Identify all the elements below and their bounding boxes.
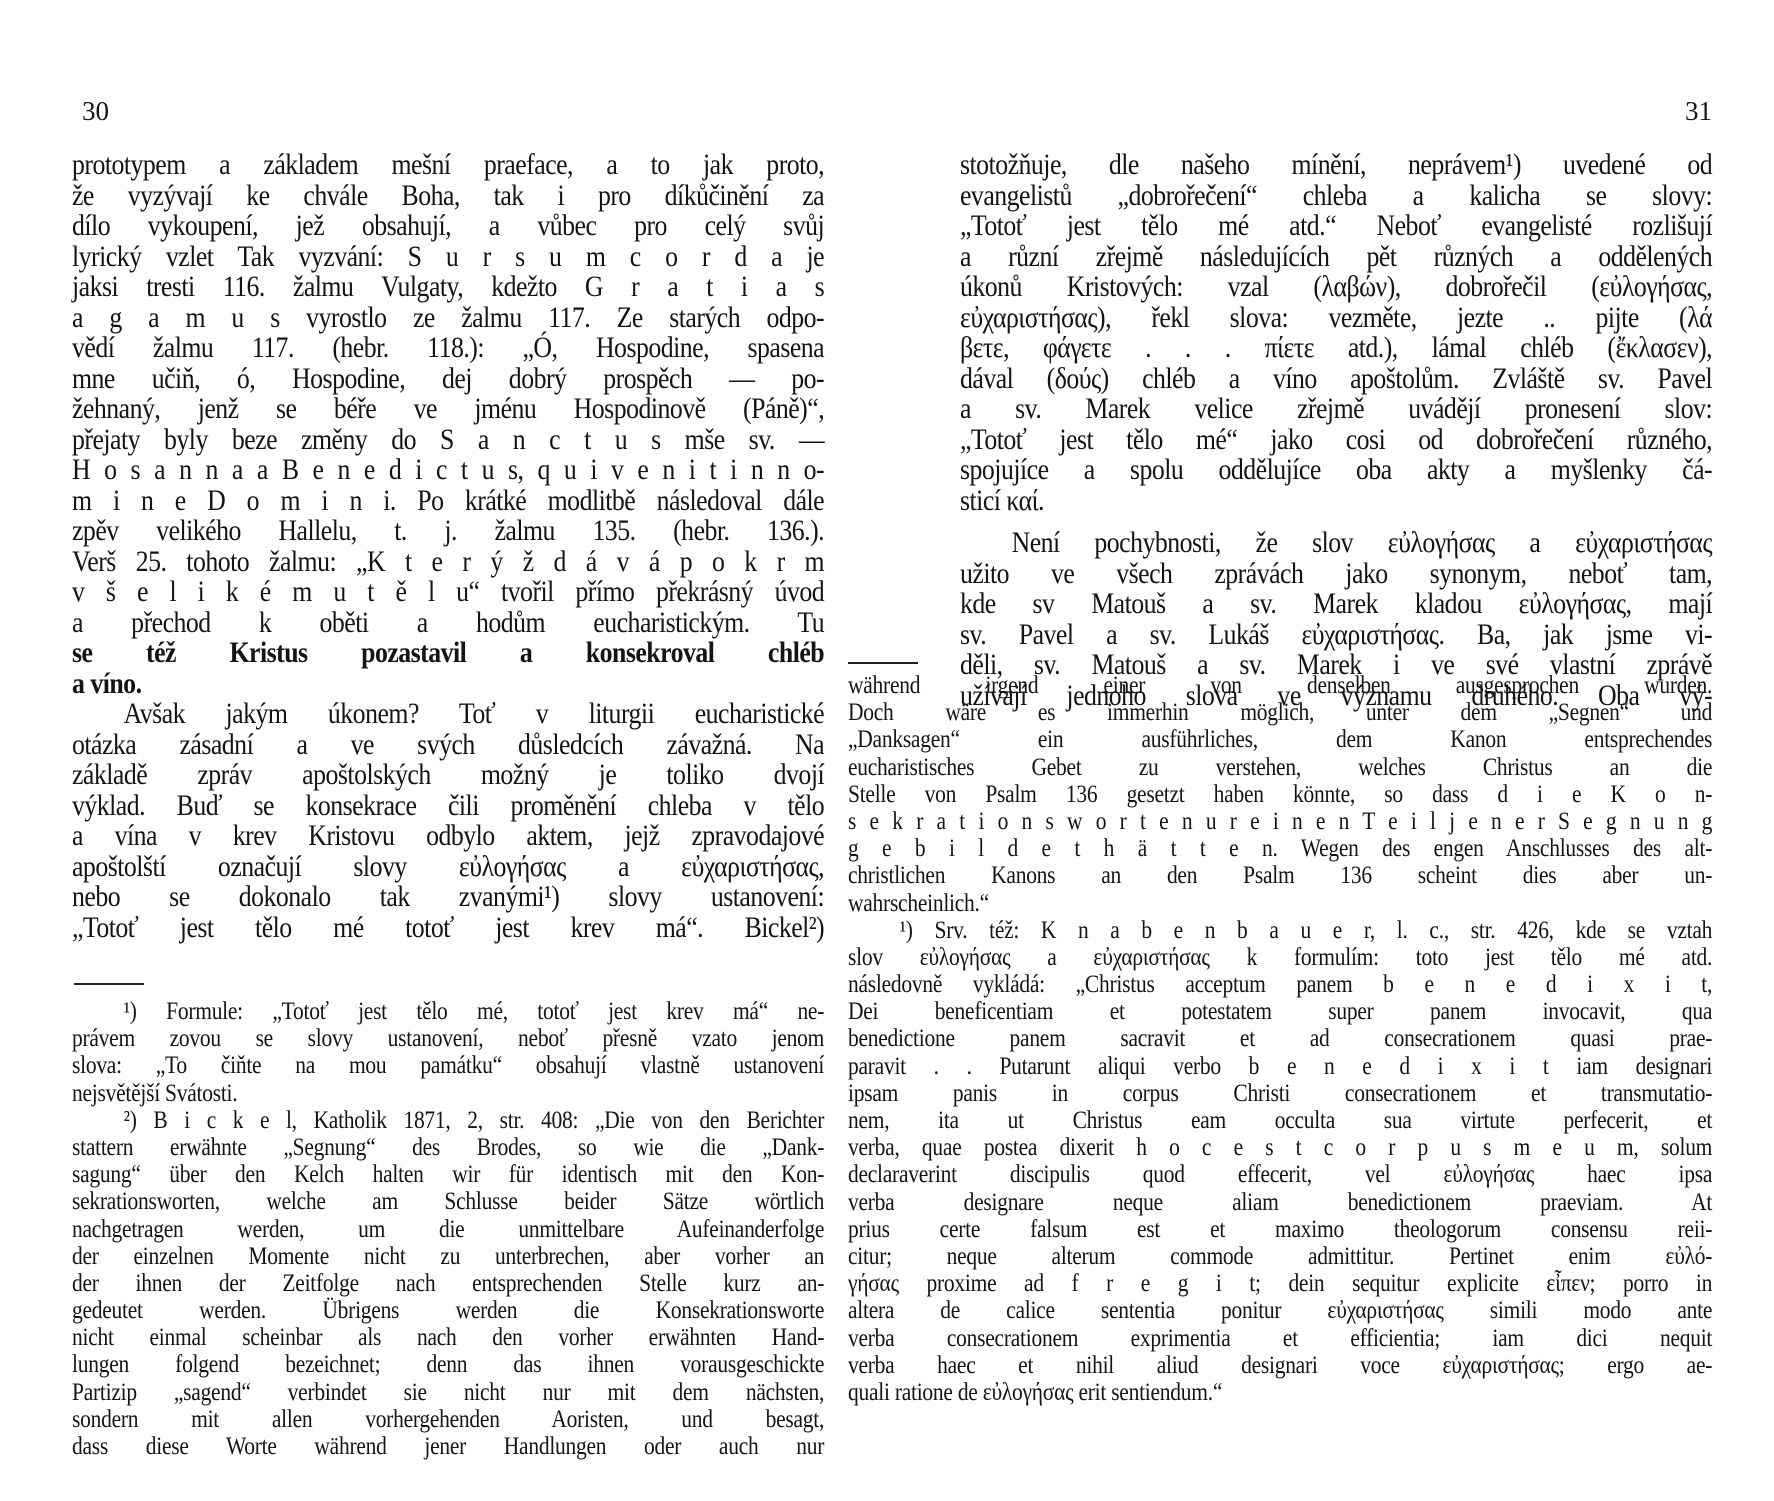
footnote-line: stattern erwähnte „Segnung“ des Brodes, … — [72, 1134, 824, 1161]
footnote-divider — [74, 983, 144, 985]
text-line: žehnaný, jenž se béře ve jménu Hospodino… — [72, 394, 824, 425]
text-line: a víno. — [72, 669, 824, 700]
footnote-line: právem zovou se slovy ustanovení, neboť … — [72, 1025, 824, 1052]
footnote-line: slov εὐλογήσας a εὐχαριστήσας k formulím… — [848, 944, 1712, 971]
text-line: nebo se dokonalo tak zvanými¹) slovy ust… — [72, 882, 824, 913]
footnote-line: lungen folgend bezeichnet; denn das ihne… — [72, 1351, 824, 1378]
footnote-line: následovně vykládá: „Christus acceptum p… — [848, 971, 1712, 998]
left-footnotes: ¹) Formule: „Totoť jest tělo mé, totoť j… — [72, 998, 824, 1460]
footnote-line: während irgend einer von denselben ausge… — [848, 672, 1712, 699]
text-line: otázka zásadní a ve svých důsledcích záv… — [72, 730, 824, 761]
footnote-line: dass diese Worte während jener Handlunge… — [72, 1433, 824, 1460]
footnote-line: nejsvětější Svátosti. — [72, 1080, 824, 1107]
text-line: H o s a n n a a B e n e d i c t u s, q u… — [72, 455, 824, 486]
footnote-line: citur; neque alterum commode admittitur.… — [848, 1243, 1712, 1270]
footnote-line: Partizip „sagend“ verbindet sie nicht nu… — [72, 1379, 824, 1406]
left-body-text: prototypem a základem mešní praeface, a … — [72, 150, 824, 943]
footnote-line: altera de calice sententia ponitur εὐχαρ… — [848, 1297, 1712, 1324]
footnote-line: s e k r a t i o n s w o r t e n u r e i … — [848, 808, 1712, 835]
text-line: εὐχαριστήσας), řekl slova: vezměte, jezt… — [960, 303, 1712, 334]
text-line: Verš 25. tohoto žalmu: „K t e r ý ž d á … — [72, 547, 824, 578]
footnote-line: ipsam panis in corpus Christi consecrati… — [848, 1080, 1712, 1107]
footnote-line: ²) B i c k e l, Katholik 1871, 2, str. 4… — [72, 1107, 824, 1134]
footnote-line: der einzelnen Momente nicht zu unterbrec… — [72, 1243, 824, 1270]
footnote-line: verba, quae postea dixerit h o c e s t c… — [848, 1134, 1712, 1161]
footnote-line: nem, ita ut Christus eam occulta sua vir… — [848, 1107, 1712, 1134]
text-line: βετε, φάγετε . . . πίετε atd.), lámal ch… — [960, 333, 1712, 364]
text-line: sv. Pavel a sv. Lukáš εὐχαριστήσας. Ba, … — [960, 620, 1712, 651]
footnote-line: g e b i l d e t h ä t t e n. Wegen des e… — [848, 835, 1712, 862]
text-line: základě zpráv apoštolských možný je toli… — [72, 760, 824, 791]
footnote-line: nicht einmal scheinbar als nach den vorh… — [72, 1324, 824, 1351]
page-number: 30 — [82, 96, 109, 126]
footnote-line: verba designare neque aliam benedictione… — [848, 1189, 1712, 1216]
footnote-line: benedictione panem sacravit et ad consec… — [848, 1025, 1712, 1052]
footnote-line: quali ratione de εὐλογήσας erit sentiend… — [848, 1379, 1712, 1406]
text-line: vědí žalmu 117. (hebr. 118.): „Ó, Hospod… — [72, 333, 824, 364]
footnote-line: „Danksagen“ ein ausführliches, dem Kanon… — [848, 726, 1712, 753]
text-line: „Totoť jest tělo mé totoť jest krev má“.… — [72, 913, 824, 944]
text-line: a g a m u s vyrostlo ze žalmu 117. Ze st… — [72, 303, 824, 334]
footnote-line: sekrationsworten, welche am Schlusse bei… — [72, 1188, 824, 1215]
text-line: mne učiň, ó, Hospodine, dej dobrý prospě… — [72, 364, 824, 395]
footnote-line: γήσας proxime ad f r e g i t; dein sequi… — [848, 1270, 1712, 1297]
text-line: v š e l i k é m u t ě l u“ tvořil přímo … — [72, 577, 824, 608]
text-line: úkonů Kristových: vzal (λαβών), dobrořeč… — [960, 272, 1712, 303]
footnote-line: paravit . . Putarunt aliqui verbo b e n … — [848, 1053, 1712, 1080]
footnote-line: declaraverint discipulis quod effecerit,… — [848, 1161, 1712, 1188]
footnote-line: eucharistisches Gebet zu verstehen, welc… — [848, 754, 1712, 781]
footnote-line: sondern mit allen vorhergehenden Aoriste… — [72, 1406, 824, 1433]
text-line: a přechod k oběti a hodům eucharistickým… — [72, 608, 824, 639]
text-line: lyrický vzlet Tak vyzvání: S u r s u m c… — [72, 242, 824, 273]
text-line: prototypem a základem mešní praeface, a … — [72, 150, 824, 181]
text-line: stotožňuje, dle našeho mínění, neprávem¹… — [960, 150, 1712, 181]
footnote-line: slova: „To čiňte na mou památku“ obsahuj… — [72, 1052, 824, 1079]
footnote-line: christlichen Kanons an den Psalm 136 sch… — [848, 862, 1712, 889]
text-line: evangelistů „dobrořečení“ chleba a kalic… — [960, 181, 1712, 212]
footnote-line: der ihnen der Zeitfolge nach entsprechen… — [72, 1270, 824, 1297]
right-footnotes: während irgend einer von denselben ausge… — [848, 672, 1712, 1406]
footnote-line: Stelle von Psalm 136 gesetzt haben könnt… — [848, 781, 1712, 808]
text-line: sticí καί. — [960, 486, 1712, 517]
text-line: se též Kristus pozastavil a konsekroval … — [72, 638, 824, 669]
text-line: spojujíce a spolu oddělujíce oba akty a … — [960, 455, 1712, 486]
text-line: „Totoť jest tělo mé“ jako cosi od dobroř… — [960, 425, 1712, 456]
footnote-line: Dei beneficentiam et potestatem super pa… — [848, 998, 1712, 1025]
text-line: jaksi tresti 116. žalmu Vulgaty, kdežto … — [72, 272, 824, 303]
text-line: kde sv Matouš a sv. Marek kladou εὐλογήσ… — [960, 589, 1712, 620]
footnote-line: Doch wäre es immerhin möglich, unter dem… — [848, 699, 1712, 726]
text-line: „Totoť jest tělo mé atd.“ Neboť evangeli… — [960, 211, 1712, 242]
text-line: užito ve všech zprávách jako synonym, ne… — [960, 559, 1712, 590]
footnote-line: ¹) Srv. též: K n a b e n b a u e r, l. c… — [848, 917, 1712, 944]
footnote-line: prius certe falsum est et maximo theolog… — [848, 1216, 1712, 1243]
footnote-line: wahrscheinlich.“ — [848, 890, 1712, 917]
right-body-text: stotožňuje, dle našeho mínění, neprávem¹… — [960, 150, 1712, 711]
footnote-line: ¹) Formule: „Totoť jest tělo mé, totoť j… — [72, 998, 824, 1025]
footnote-divider — [848, 662, 918, 664]
footnote-line: verba haec et nihil aliud designari voce… — [848, 1352, 1712, 1379]
footnote-line: gedeutet werden. Übrigens werden die Kon… — [72, 1297, 824, 1324]
text-line: a vína v krev Kristovu odbylo aktem, jej… — [72, 821, 824, 852]
footnote-line: nachgetragen werden, um die unmittelbare… — [72, 1216, 824, 1243]
text-line: Není pochybnosti, že slov εὐλογήσας a εὐ… — [960, 528, 1712, 559]
text-line: a sv. Marek velice zřejmě uvádějí prones… — [960, 394, 1712, 425]
footnote-line: sagung“ über den Kelch halten wir für id… — [72, 1161, 824, 1188]
text-line: dával (δούς) chléb a víno apoštolům. Zvl… — [960, 364, 1712, 395]
text-line: apoštolští označují slovy εὐλογήσας a εὐ… — [72, 852, 824, 883]
text-line: přejaty byly beze změny do S a n c t u s… — [72, 425, 824, 456]
text-line: výklad. Buď se konsekrace čili proměnění… — [72, 791, 824, 822]
text-line: že vyzývají ke chvále Boha, tak i pro dí… — [72, 181, 824, 212]
text-line: Avšak jakým úkonem? Toť v liturgii eucha… — [72, 699, 824, 730]
text-line: dílo vykoupení, jež obsahují, a vůbec pr… — [72, 211, 824, 242]
text-line: zpěv velikého Hallelu, t. j. žalmu 135. … — [72, 516, 824, 547]
footnote-line: verba consecrationem exprimentia et effi… — [848, 1325, 1712, 1352]
text-line: a různí zřejmě následujících pět různých… — [960, 242, 1712, 273]
text-line: m i n e D o m i n i. Po krátké modlitbě … — [72, 486, 824, 517]
page-number: 31 — [1685, 96, 1712, 126]
